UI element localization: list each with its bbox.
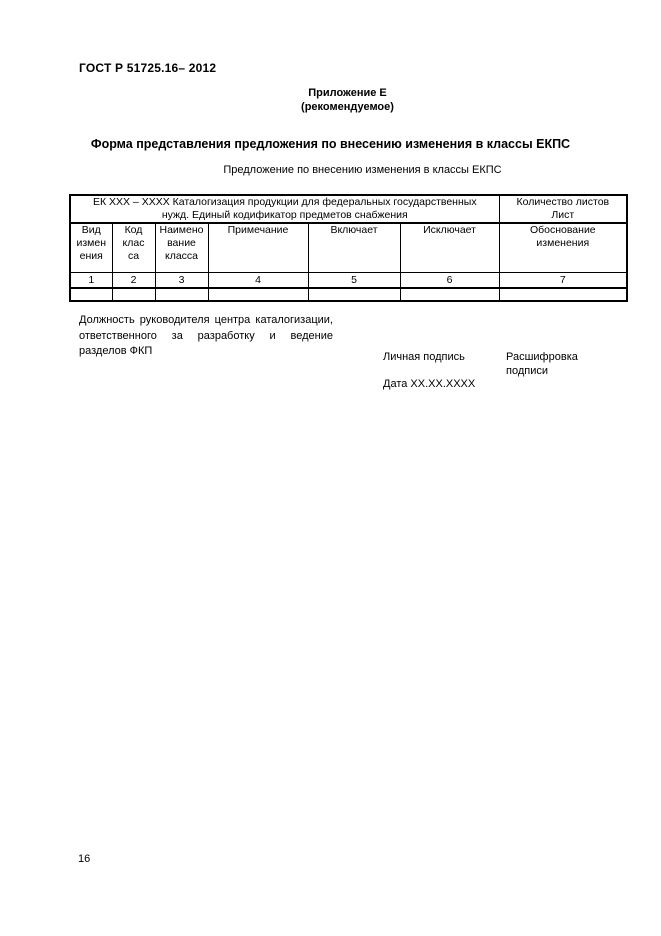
proposal-form-table: ЕК XXX – XXXX Каталогизация продукции дл…: [69, 194, 628, 302]
table-header-row: Вид измен ения Код клас са Наимено вание…: [70, 223, 627, 273]
col-header-excludes: Исключает: [400, 223, 499, 273]
col-number: 7: [499, 273, 627, 289]
form-caption: Предложение по внесению изменения в клас…: [32, 164, 661, 176]
col-number: 1: [70, 273, 112, 289]
col-number: 6: [400, 273, 499, 289]
empty-cell: [70, 288, 112, 301]
annex-note: (рекомендуемое): [17, 100, 661, 114]
table-caption-sheets-cell: Количество листов Лист: [499, 195, 627, 223]
table-caption-main-cell: ЕК XXX – XXXX Каталогизация продукции дл…: [70, 195, 499, 223]
empty-cell: [155, 288, 208, 301]
document-page: ГОСТ Р 51725.16– 2012 Приложение Е (реко…: [0, 0, 661, 936]
date-label: Дата XX.XX.XXXX: [383, 377, 475, 391]
col-number: 3: [155, 273, 208, 289]
col-header-justification: Обоснование изменения: [499, 223, 627, 273]
empty-cell: [208, 288, 308, 301]
col-header-change-type: Вид измен ения: [70, 223, 112, 273]
col-number: 5: [308, 273, 400, 289]
col-number: 4: [208, 273, 308, 289]
page-number: 16: [78, 853, 90, 865]
empty-cell: [400, 288, 499, 301]
column-number-row: 1 2 3 4 5 6 7: [70, 273, 627, 289]
annex-heading: Приложение Е (рекомендуемое): [17, 86, 661, 114]
empty-cell: [112, 288, 155, 301]
empty-cell: [499, 288, 627, 301]
official-title-text: Должность руководителя центра каталогиза…: [79, 313, 333, 360]
table-caption-row: ЕК XXX – XXXX Каталогизация продукции дл…: [70, 195, 627, 223]
signature-decryption-label: Расшифровка подписи: [506, 350, 578, 378]
personal-signature-label: Личная подпись: [383, 350, 465, 364]
doc-number: ГОСТ Р 51725.16– 2012: [79, 61, 216, 75]
col-header-note: Примечание: [208, 223, 308, 273]
annex-label: Приложение Е: [17, 86, 661, 100]
col-header-includes: Включает: [308, 223, 400, 273]
empty-cell: [308, 288, 400, 301]
page-title: Форма представления предложения по внесе…: [0, 137, 661, 151]
col-header-class-name: Наимено вание класса: [155, 223, 208, 273]
col-number: 2: [112, 273, 155, 289]
empty-entry-row: [70, 288, 627, 301]
col-header-class-code: Код клас са: [112, 223, 155, 273]
